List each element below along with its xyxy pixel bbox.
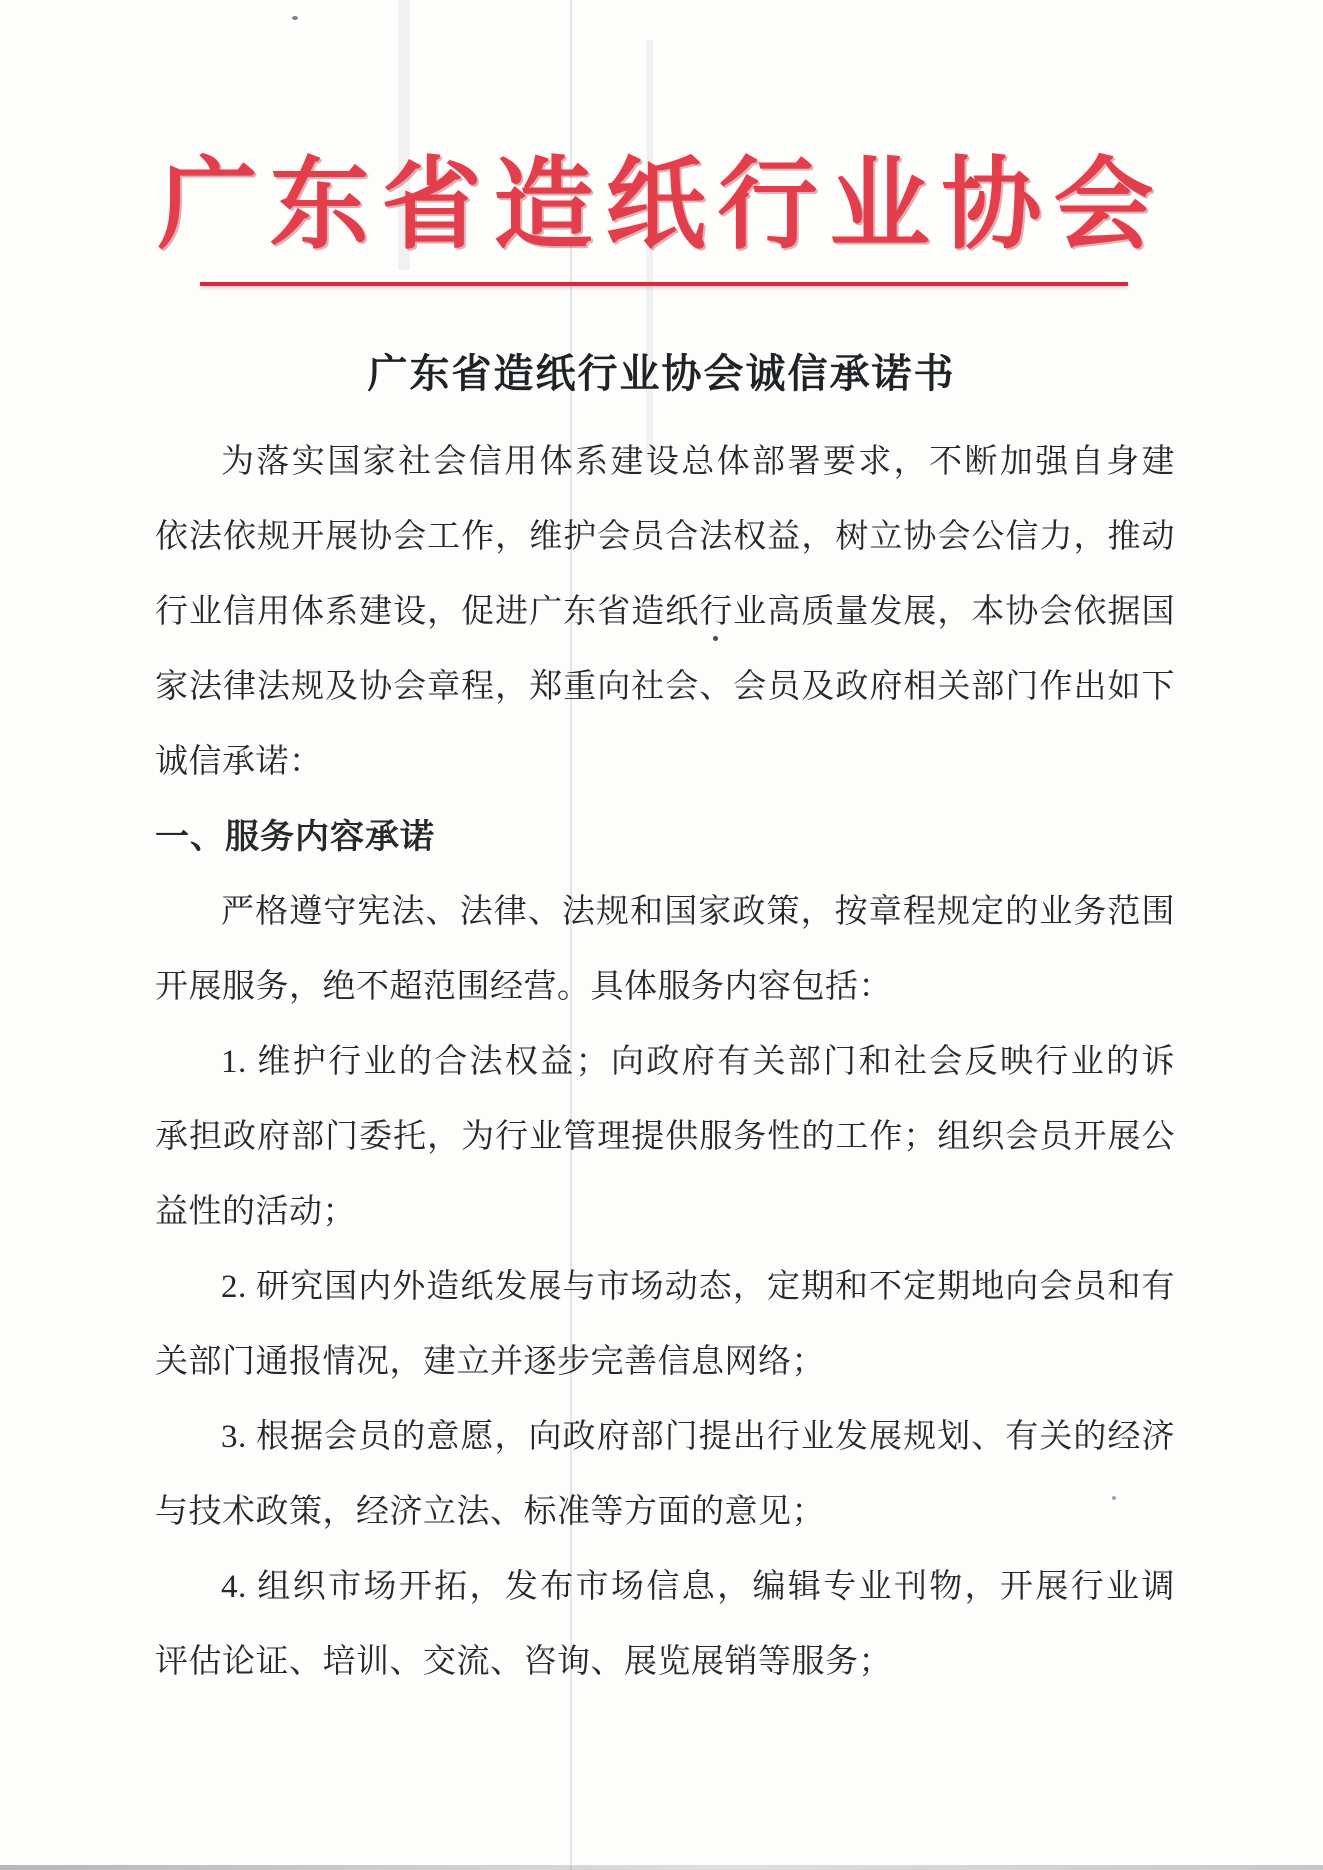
body-line: 益性的活动； [155, 1175, 1175, 1250]
letterhead-org-name: 广东省造纸行业协会 [0, 148, 1323, 264]
body-text: 为落实国家社会信用体系建设总体部署要求，不断加强自身建设，依法依规开展协会工作，… [155, 425, 1175, 1700]
body-line: 与技术政策，经济立法、标准等方面的意见； [155, 1475, 1175, 1550]
body-line: 3. 根据会员的意愿，向政府部门提出行业发展规划、有关的经济 [155, 1400, 1175, 1475]
body-line: 4. 组织市场开拓，发布市场信息，编辑专业刊物，开展行业调查、 [155, 1550, 1175, 1625]
body-line: 依法依规开展协会工作，维护会员合法权益，树立协会公信力，推动 [155, 500, 1175, 575]
scanned-document-page: 广东省造纸行业协会 广东省造纸行业协会诚信承诺书 为落实国家社会信用体系建设总体… [0, 0, 1323, 1870]
scan-bottom-edge [0, 1865, 1323, 1870]
body-line: 严格遵守宪法、法律、法规和国家政策，按章程规定的业务范围 [155, 875, 1175, 950]
letterhead-rule [200, 282, 1128, 286]
body-line: 诚信承诺： [155, 725, 1175, 800]
body-line: 承担政府部门委托，为行业管理提供服务性的工作；组织会员开展公 [155, 1100, 1175, 1175]
body-line: 评估论证、培训、交流、咨询、展览展销等服务； [155, 1625, 1175, 1700]
body-line: 1. 维护行业的合法权益；向政府有关部门和社会反映行业的诉求； [155, 1025, 1175, 1100]
scan-speck [292, 16, 298, 20]
body-line: 为落实国家社会信用体系建设总体部署要求，不断加强自身建设， [155, 425, 1175, 500]
document-title: 广东省造纸行业协会诚信承诺书 [0, 348, 1323, 400]
body-line: 关部门通报情况，建立并逐步完善信息网络； [155, 1325, 1175, 1400]
body-line: 开展服务，绝不超范围经营。具体服务内容包括： [155, 950, 1175, 1025]
body-line: 家法律法规及协会章程，郑重向社会、会员及政府相关部门作出如下 [155, 650, 1175, 725]
body-line: 2. 研究国内外造纸发展与市场动态，定期和不定期地向会员和有 [155, 1250, 1175, 1325]
section-heading: 一、服务内容承诺 [155, 800, 1175, 875]
body-line: 行业信用体系建设，促进广东省造纸行业高质量发展，本协会依据国 [155, 575, 1175, 650]
